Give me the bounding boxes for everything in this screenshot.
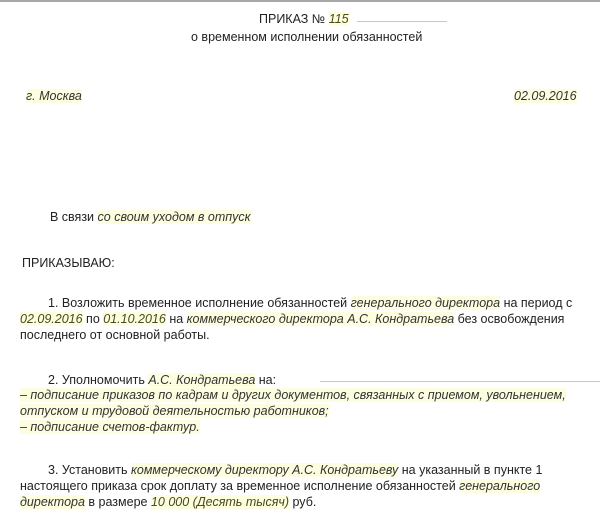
item-3-text: в размере bbox=[88, 495, 147, 509]
item-2-power: отпуском и трудовой деятельностью работн… bbox=[20, 404, 329, 418]
item-3-amount: 10 000 (Десять тысяч) bbox=[151, 495, 289, 509]
item-2-rule bbox=[320, 381, 600, 382]
order-number: 115 bbox=[329, 12, 349, 26]
item-1-start-date: 02.09.2016 bbox=[20, 312, 83, 326]
city: г. Москва bbox=[26, 89, 82, 103]
item-1-assignee: коммерческого директора А.С. Кондратьева bbox=[187, 312, 455, 326]
order-number-rule bbox=[357, 21, 447, 22]
item-3-assignee: коммерческому директору А.С. Кондратьеву bbox=[131, 463, 398, 477]
item-3-text: руб. bbox=[293, 495, 317, 509]
order-label: ПРИКАЗ № bbox=[259, 12, 325, 26]
reason-prefix: В связи bbox=[50, 210, 94, 224]
item-3-text: на указанный в пункте 1 bbox=[402, 463, 543, 477]
reason-line: В связи со своим уходом в отпуск bbox=[50, 210, 251, 224]
item-2-text: 2. Уполномочить bbox=[48, 373, 145, 387]
order-word: ПРИКАЗЫВАЮ: bbox=[22, 256, 115, 270]
item-3: 3. Установить коммерческому директору А.… bbox=[20, 463, 580, 513]
item-2-assignee: А.С. Кондратьева bbox=[148, 373, 255, 387]
item-2-power: – подписание приказов по кадрам и других… bbox=[20, 388, 566, 402]
item-1-text: последнего от основной работы. bbox=[20, 328, 210, 342]
item-1-end-date: 01.10.2016 bbox=[103, 312, 166, 326]
item-1-text: без освобождения bbox=[458, 312, 565, 326]
item-2-power: – подписание счетов-фактур. bbox=[20, 420, 200, 434]
item-3-position: генерального bbox=[459, 479, 540, 493]
item-3-text: настоящего приказа срок доплату за време… bbox=[20, 479, 456, 493]
item-1-position: генерального директора bbox=[351, 296, 500, 310]
order-title: ПРИКАЗ № 115 bbox=[259, 12, 349, 26]
item-1-text: по bbox=[86, 312, 100, 326]
item-1: 1. Возложить временное исполнение обязан… bbox=[20, 296, 580, 346]
reason-value: со своим уходом в отпуск bbox=[98, 210, 251, 224]
item-1-text: на период с bbox=[504, 296, 573, 310]
item-3-text: 3. Установить bbox=[48, 463, 128, 477]
order-subtitle: о временном исполнении обязанностей bbox=[191, 30, 422, 44]
item-1-text: 1. Возложить временное исполнение обязан… bbox=[48, 296, 347, 310]
item-1-text: на bbox=[169, 312, 183, 326]
item-2-text: на: bbox=[259, 373, 276, 387]
top-border bbox=[0, 0, 600, 2]
document-date: 02.09.2016 bbox=[514, 89, 577, 103]
item-2: 2. Уполномочить А.С. Кондратьева на: – п… bbox=[20, 373, 600, 433]
item-3-position: директора bbox=[20, 495, 85, 509]
